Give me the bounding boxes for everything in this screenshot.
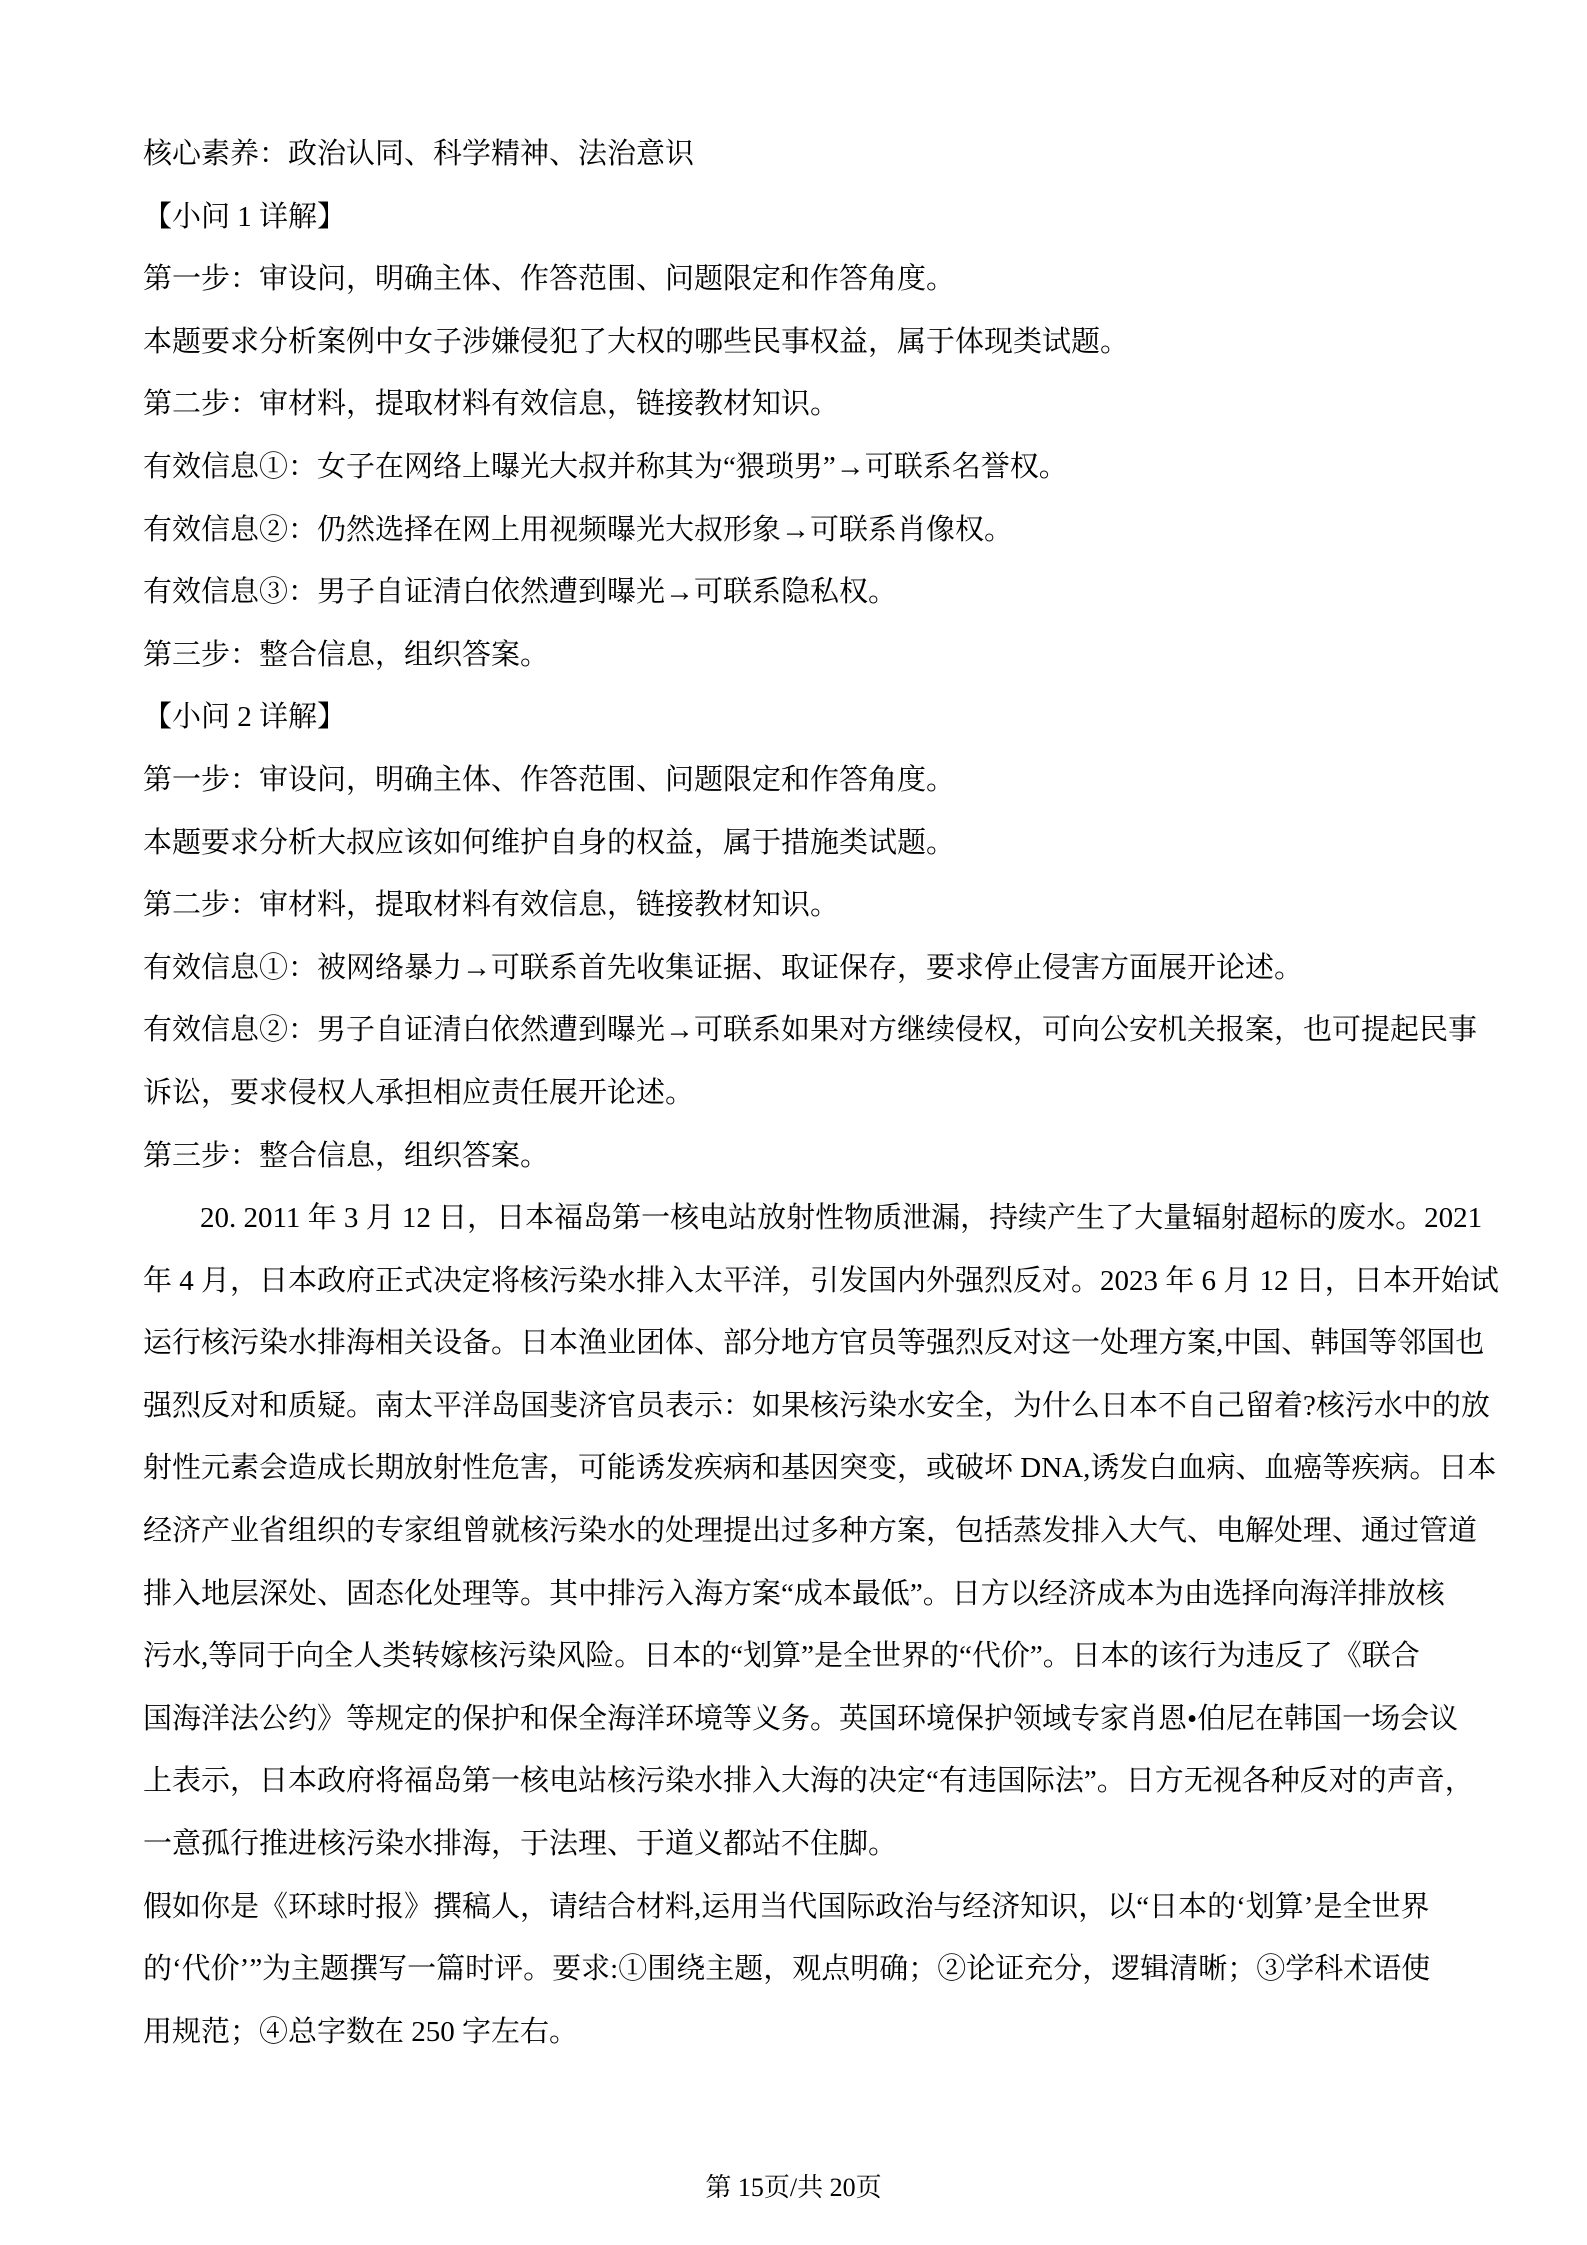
text-line: 用规范；④总字数在 250 字左右。 [143,2001,1453,2064]
text-line: 有效信息①：女子在网络上曝光大叔并称其为“猥琐男”→可联系名誉权。 [143,436,1453,499]
text-line: 【小问 1 详解】 [143,186,1453,249]
text-line: 年 4 月，日本政府正式决定将核污染水排入太平洋，引发国内外强烈反对。2023 … [143,1250,1453,1313]
text-line: 假如你是《环球时报》撰稿人，请结合材料,运用当代国际政治与经济知识，以“日本的‘… [143,1876,1453,1939]
text-line: 有效信息②：仍然选择在网上用视频曝光大叔形象→可联系肖像权。 [143,499,1453,562]
text-line: 第一步：审设问，明确主体、作答范围、问题限定和作答角度。 [143,749,1453,812]
text-line: 本题要求分析大叔应该如何维护自身的权益，属于措施类试题。 [143,812,1453,875]
text-line: 一意孤行推进核污染水排海，于法理、于道义都站不住脚。 [143,1813,1453,1876]
text-line: 第二步：审材料，提取材料有效信息，链接教材知识。 [143,373,1453,436]
text-line: 强烈反对和质疑。南太平洋岛国斐济官员表示：如果核污染水安全，为什么日本不自己留着… [143,1375,1453,1438]
text-line: 上表示，日本政府将福岛第一核电站核污染水排入大海的决定“有违国际法”。日方无视各… [143,1750,1453,1813]
text-line: 经济产业省组织的专家组曾就核污染水的处理提出过多种方案，包括蒸发排入大气、电解处… [143,1500,1453,1563]
text-line: 污水,等同于向全人类转嫁核污染风险。日本的“划算”是全世界的“代价”。日本的该行… [143,1625,1453,1688]
text-line: 诉讼，要求侵权人承担相应责任展开论述。 [143,1062,1453,1125]
page-number-footer: 第 15页/共 20页 [0,2172,1587,2204]
text-line: 有效信息②：男子自证清白依然遭到曝光→可联系如果对方继续侵权，可向公安机关报案，… [143,999,1453,1062]
text-line: 排入地层深处、固态化处理等。其中排污入海方案“成本最低”。日方以经济成本为由选择… [143,1563,1453,1626]
text-line: 【小问 2 详解】 [143,686,1453,749]
text-line: 第三步：整合信息，组织答案。 [143,1125,1453,1188]
text-line: 有效信息③：男子自证清白依然遭到曝光→可联系隐私权。 [143,561,1453,624]
text-line: 核心素养：政治认同、科学精神、法治意识 [143,123,1453,186]
text-line: 射性元素会造成长期放射性危害，可能诱发疾病和基因突变，或破坏 DNA,诱发白血病… [143,1437,1453,1500]
text-line: 第一步：审设问，明确主体、作答范围、问题限定和作答角度。 [143,248,1453,311]
text-line: 的‘代价’”为主题撰写一篇时评。要求:①围绕主题，观点明确；②论证充分，逻辑清晰… [143,1938,1453,2001]
text-line: 第三步：整合信息，组织答案。 [143,624,1453,687]
text-line: 运行核污染水排海相关设备。日本渔业团体、部分地方官员等强烈反对这一处理方案,中国… [143,1312,1453,1375]
text-line: 有效信息①：被网络暴力→可联系首先收集证据、取证保存，要求停止侵害方面展开论述。 [143,937,1453,1000]
text-line: 本题要求分析案例中女子涉嫌侵犯了大权的哪些民事权益，属于体现类试题。 [143,311,1453,374]
text-line: 第二步：审材料，提取材料有效信息，链接教材知识。 [143,874,1453,937]
document-page: 核心素养：政治认同、科学精神、法治意识 【小问 1 详解】 第一步：审设问，明确… [0,0,1587,2245]
text-line: 国海洋法公约》等规定的保护和保全海洋环境等义务。英国环境保护领域专家肖恩•伯尼在… [143,1688,1453,1751]
text-line-question-20-start: 20. 2011 年 3 月 12 日，日本福岛第一核电站放射性物质泄漏，持续产… [143,1187,1453,1250]
answer-text-block: 核心素养：政治认同、科学精神、法治意识 【小问 1 详解】 第一步：审设问，明确… [143,123,1453,2063]
